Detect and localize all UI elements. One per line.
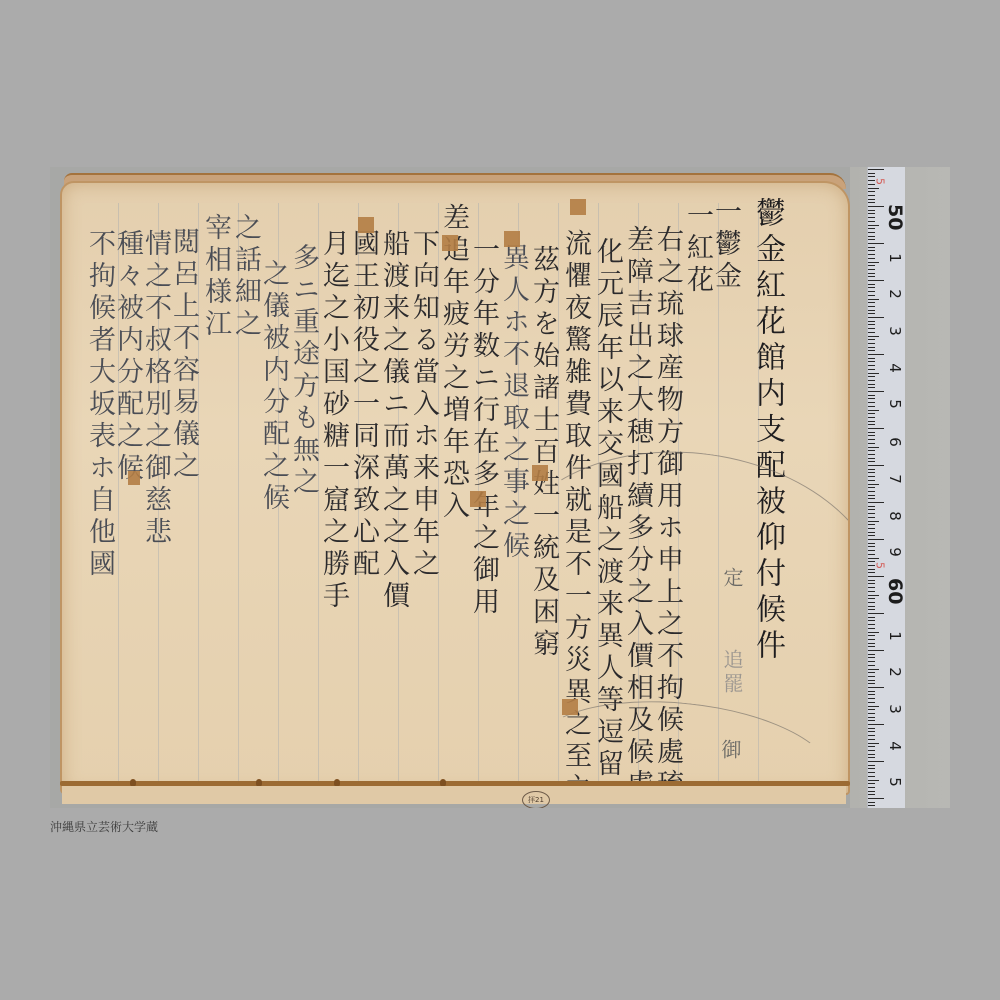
ruler-label: 6 [886,432,904,452]
ruler-label: 3 [886,321,904,341]
paper-tab [358,217,374,233]
ruler-label: 8 [886,506,904,526]
item-ukon: 一鬱金 [712,197,739,293]
ruler-label: 5 [886,394,904,414]
paper-tab [442,235,458,251]
ruler-label: 7 [886,469,904,489]
ruler-label: 5 [874,556,887,576]
ruler-label: 1 [886,248,904,268]
paper-tab [570,199,586,215]
text-column: 種々被内分配之候 [114,229,141,485]
text-column: 情之不叔格別之御慈悲 [142,229,169,549]
text-column: 一分年数ニ行在多年之御用 [470,235,497,619]
text-column: 下向知る當入ホ来申年之 [410,229,437,581]
text-column: 船渡来之儀ニ而萬之之入價 [380,229,407,613]
paper-tab [562,699,578,715]
text-column: 國王初役之一同深致心配 [350,229,377,581]
ruler-label: 4 [886,736,904,756]
scale-ruler: 5 50 1 2 3 4 5 6 7 8 9 5 60 1 2 3 4 5 [867,167,905,808]
text-column: 多ニ重途方も無之 [290,243,317,499]
ruler-label: 2 [886,284,904,304]
folio-stamp: 拝21 [522,791,550,808]
collection-credit: 沖縄県立芸術大学蔵 [50,818,158,835]
paper-tab [504,231,520,247]
text-column: 不拘候者大坂表ホ自他國 [86,229,113,581]
ruler-label: 5 [886,772,904,792]
text-column: 閲呂上不容易儀之 [170,227,197,483]
text-column: 之儀被内分配之候 [260,259,287,515]
paper-tab [532,465,548,481]
ruler-label: 60 [884,578,905,598]
ruler-label: 9 [886,542,904,562]
ruler-label: 2 [886,662,904,682]
ruler-label: 5 [874,172,887,192]
next-page-edge [62,786,846,804]
ruler-label: 4 [886,358,904,378]
ruler-label: 3 [886,699,904,719]
text-column: 月迄之小国砂糖一窟之勝手 [320,229,347,613]
ruler-label: 50 [884,204,905,224]
text-column: 宰相様江 [202,213,229,341]
paper-tab [470,491,486,507]
item-benibana: 一紅花 [684,201,711,297]
manuscript-page: 鬱金紅花館内支配被仰付候件 一鬱金 一紅花 右之琉球産物方御用ホ申上之不拘候處琉… [60,181,850,795]
document-photo: 鬱金紅花館内支配被仰付候件 一鬱金 一紅花 右之琉球産物方御用ホ申上之不拘候處琉… [50,167,950,808]
booklet: 鬱金紅花館内支配被仰付候件 一鬱金 一紅花 右之琉球産物方御用ホ申上之不拘候處琉… [60,173,850,803]
text-column: 差追年疲労之増年恐入 [440,203,467,523]
ruler-label: 1 [886,626,904,646]
paper-tab [128,471,140,485]
text-column: 之話細之 [232,213,259,341]
